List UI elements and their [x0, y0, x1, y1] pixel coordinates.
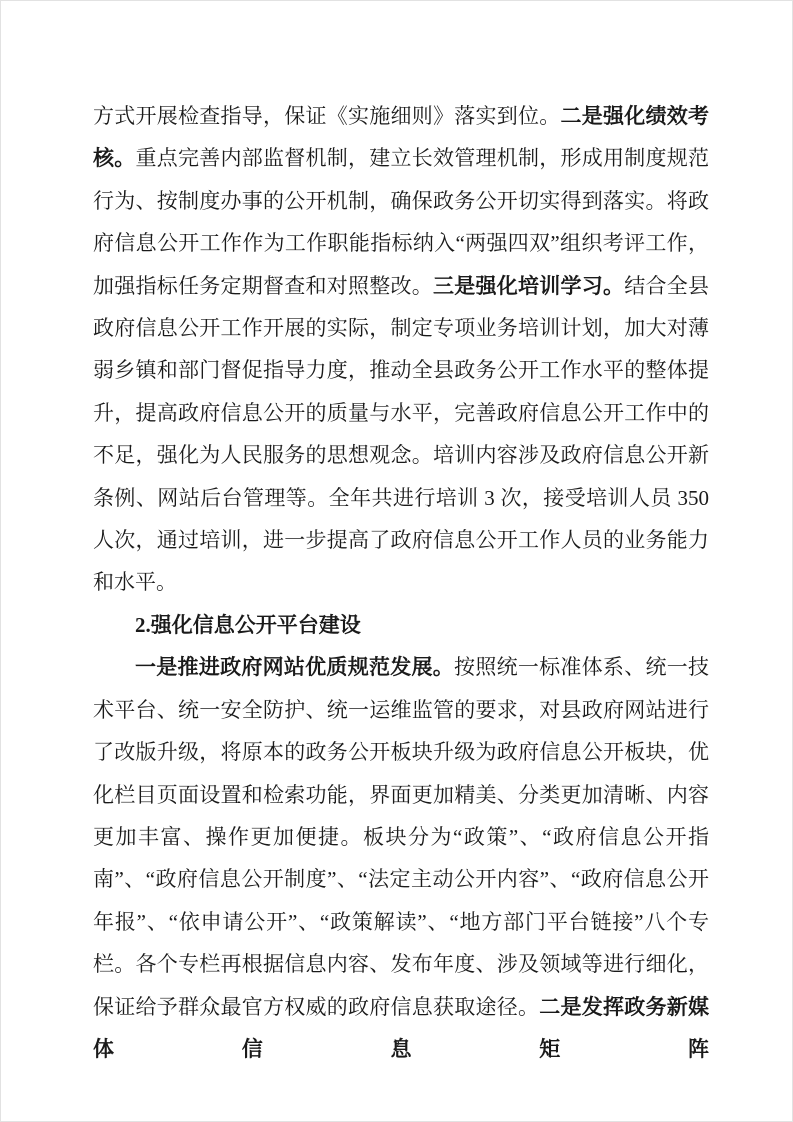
section-heading-platform: 2.强化信息公开平台建设: [93, 604, 709, 646]
page-number: 2: [1, 1037, 792, 1055]
document-page: 方式开展检查指导，保证《实施细则》落实到位。二是强化绩效考核。重点完善内部监督机…: [0, 0, 793, 1122]
bold-text-segment: 三是强化培训学习。: [433, 274, 624, 298]
paragraph-supervision-continued: 方式开展检查指导，保证《实施细则》落实到位。二是强化绩效考核。重点完善内部监督机…: [93, 95, 709, 604]
bold-text-segment: 2.强化信息公开平台建设: [135, 613, 361, 637]
paragraph-platform-construction: 一是推进政府网站优质规范发展。按照统一标准体系、统一技术平台、统一安全防护、统一…: [93, 646, 709, 1070]
text-segment: 结合全县政府信息公开工作开展的实际，制定专项业务培训计划，加大对薄弱乡镇和部门督…: [93, 274, 709, 595]
document-body: 方式开展检查指导，保证《实施细则》落实到位。二是强化绩效考核。重点完善内部监督机…: [93, 95, 709, 1070]
text-segment: 按照统一标准体系、统一技术平台、统一安全防护、统一运维监管的要求，对县政府网站进…: [93, 655, 709, 1018]
bold-text-segment: 一是推进政府网站优质规范发展。: [135, 655, 454, 679]
text-segment: 方式开展检查指导，保证《实施细则》落实到位。: [93, 104, 561, 128]
